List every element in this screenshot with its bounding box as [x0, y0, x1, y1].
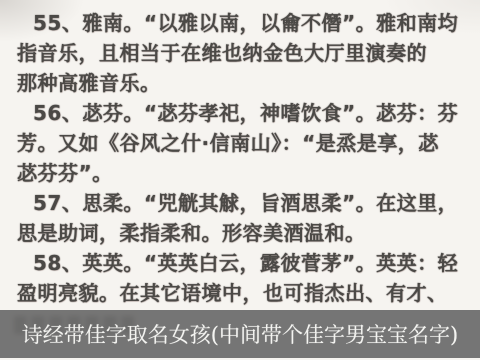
- text-line: 56、苾芬。“苾芬孝祀，神嗜饮食”。苾芬：芬: [17, 98, 472, 128]
- caption-bar: 诗经带佳字取名女孩(中间带个佳字男宝宝名字): [0, 310, 480, 358]
- text-line: 那种高雅音乐。: [17, 68, 472, 98]
- text-line: 思是助词，柔指柔和。形容美酒温和。: [17, 218, 472, 248]
- text-line: 芳。又如《谷风之什·信南山》：“是烝是享，苾: [17, 128, 472, 158]
- article-image: 55、雅南。“以雅以南，以龠不僭”。雅和南均指音乐，且相当于在维也纳金色大厅里演…: [0, 0, 480, 360]
- text-line: 苾芬芬”。: [17, 158, 472, 188]
- caption-text: 诗经带佳字取名女孩(中间带个佳字男宝宝名字): [22, 319, 458, 349]
- article-text-block: 55、雅南。“以雅以南，以龠不僭”。雅和南均指音乐，且相当于在维也纳金色大厅里演…: [0, 8, 480, 308]
- text-line: 57、思柔。“兕觥其觩，旨酒思柔”。在这里，: [17, 188, 472, 218]
- text-line: 58、英英。“英英白云，露彼菅茅”。英英：轻: [17, 248, 472, 278]
- text-line: 指音乐，且相当于在维也纳金色大厅里演奏的: [17, 38, 472, 68]
- text-line: 盈明亮貌。在其它语境中，也可指杰出、有才、: [17, 278, 472, 308]
- text-line: 55、雅南。“以雅以南，以龠不僭”。雅和南均: [17, 8, 472, 38]
